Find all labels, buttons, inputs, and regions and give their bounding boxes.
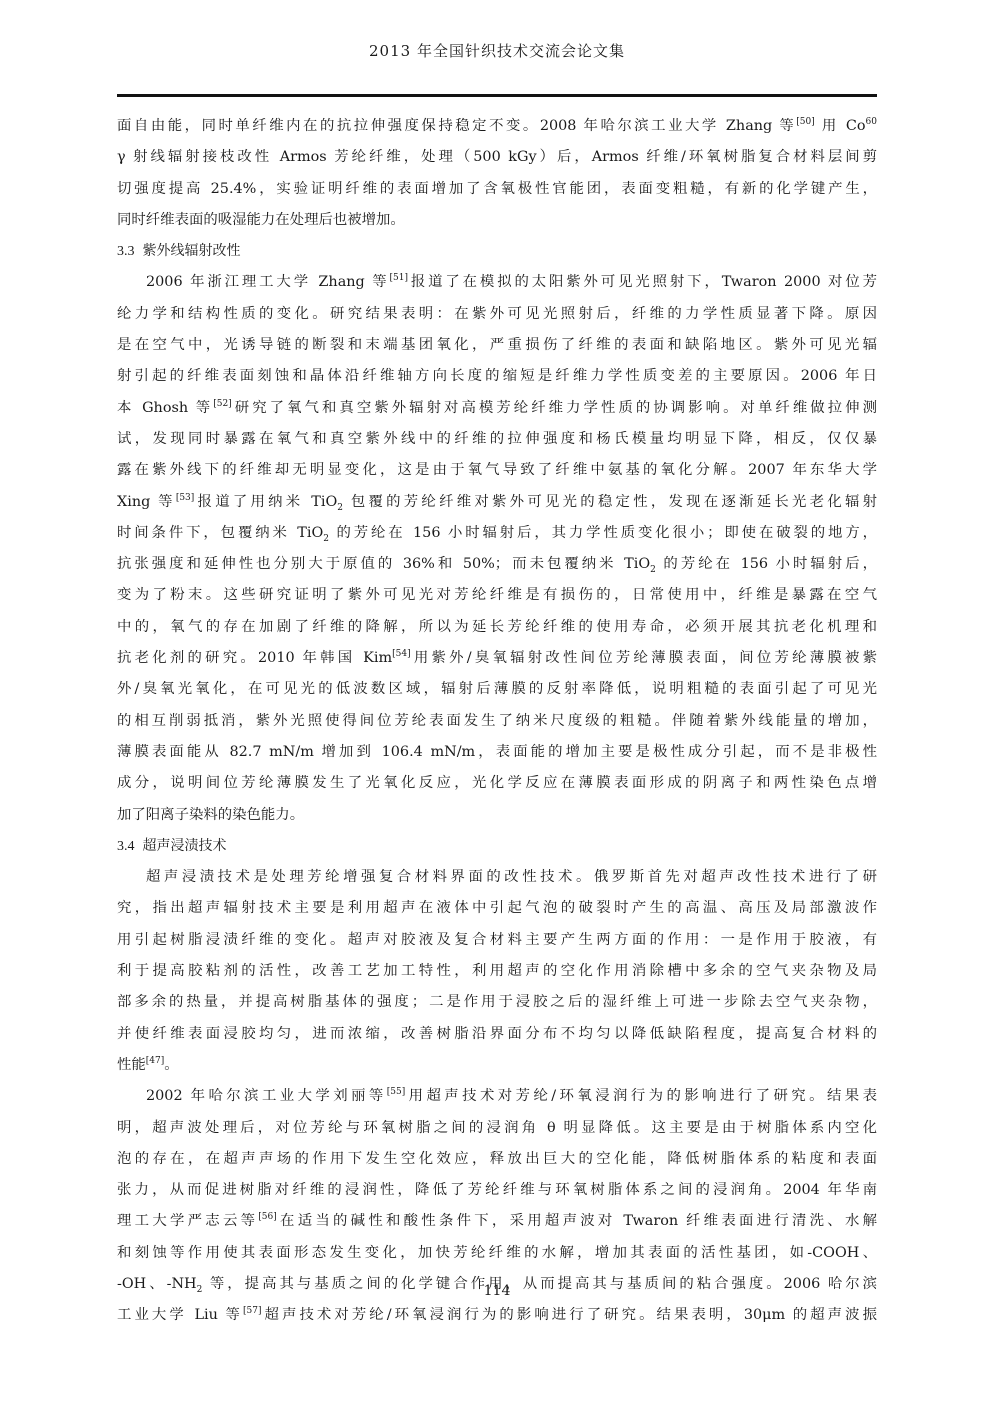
text-line: 抗张强度和延伸性也分别大于原值的 36%和 50%；而未包覆纳米 TiO2 的芳…: [117, 549, 877, 580]
paragraph-continuation: 面自由能，同时单纤维内在的抗拉伸强度保持稳定不变。2008 年哈尔滨工业大学 Z…: [117, 111, 877, 236]
body-text: 面自由能，同时单纤维内在的抗拉伸强度保持稳定不变。2008 年哈尔滨工业大学 Z…: [117, 111, 877, 1332]
text-line: 性能[47]。: [117, 1050, 877, 1081]
paragraph-ultrasonic-intro: 超声浸渍技术是处理芳纶增强复合材料界面的改性技术。俄罗斯首先对超声改性技术进行了…: [117, 862, 877, 1081]
text-line: 明，超声波处理后，对位芳纶与环氧树脂之间的浸润角 θ 明显降低。这主要是由于树脂…: [117, 1113, 877, 1144]
text-line: 超声浸渍技术是处理芳纶增强复合材料界面的改性技术。俄罗斯首先对超声改性技术进行了…: [117, 862, 877, 893]
text-line: 外/臭氧光氧化，在可见光的低波数区域，辐射后薄膜的反射率降低，说明粗糙的表面引起…: [117, 674, 877, 705]
text-line: 2002 年哈尔滨工业大学刘丽等[55]用超声技术对芳纶/环氧浸润行为的影响进行…: [117, 1081, 877, 1112]
page-number: 114: [117, 1283, 877, 1299]
text-line: γ 射线辐射接枝改性 Armos 芳纶纤维，处理（500 kGy）后，Armos…: [117, 142, 877, 173]
text-line: 和刻蚀等作用使其表面形态发生变化，加快芳纶纤维的水解，增加其表面的活性基团，如-…: [117, 1238, 877, 1269]
text-line: 成分，说明间位芳纶薄膜发生了光氧化反应，光化学反应在薄膜表面形成的阴离子和两性染…: [117, 768, 877, 799]
text-line: 并使纤维表面浸胶均匀，进而浓缩，改善树脂沿界面分布不均匀以降低缺陷程度，提高复合…: [117, 1019, 877, 1050]
text-line: 的相互削弱抵消，紫外光照使得间位芳纶表面发生了纳米尺度级的粗糙。伴随着紫外线能量…: [117, 706, 877, 737]
text-line: 工业大学 Liu 等[57]超声技术对芳纶/环氧浸润行为的影响进行了研究。结果表…: [117, 1300, 877, 1331]
text-line: 利于提高胶粘剂的活性，改善工艺加工特性，利用超声的空化作用消除槽中多余的空气夹杂…: [117, 956, 877, 987]
section-heading-3-4: 3.4超声浸渍技术: [117, 831, 877, 862]
text-line: 中的，氧气的存在加剧了纤维的降解，所以为延长芳纶纤维的使用寿命，必须开展其抗老化…: [117, 612, 877, 643]
text-line: 同时纤维表面的吸湿能力在处理后也被增加。: [117, 205, 877, 236]
text-line: 薄膜表面能从 82.7 mN/m 增加到 106.4 mN/m，表面能的增加主要…: [117, 737, 877, 768]
text-line: 加了阳离子染料的染色能力。: [117, 800, 877, 831]
text-line: 射引起的纤维表面刻蚀和晶体沿纤维轴方向长度的缩短是纤维力学性质变差的主要原因。2…: [117, 361, 877, 392]
text-line: 部多余的热量，并提高树脂基体的强度；二是作用于浸胶之后的湿纤维上可进一步除去空气…: [117, 987, 877, 1018]
text-line: 用引起树脂浸渍纤维的变化。超声对胶液及复合材料主要产生两方面的作用：一是作用于胶…: [117, 925, 877, 956]
text-line: 是在空气中，光诱导链的断裂和末端基团氧化，严重损伤了纤维的表面和缺陷地区。紫外可…: [117, 330, 877, 361]
running-header: 2013 年全国针织技术交流会论文集: [117, 40, 877, 61]
section-title: 超声浸渍技术: [143, 838, 227, 854]
text-line: 本 Ghosh 等[52]研究了氧气和真空紫外辐射对高模芳纶纤维力学性质的协调影…: [117, 393, 877, 424]
section-heading-3-3: 3.3紫外线辐射改性: [117, 236, 877, 267]
text-line: 露在紫外线下的纤维却无明显变化，这是由于氧气导致了纤维中氨基的氧化分解。2007…: [117, 455, 877, 486]
text-line: 究，指出超声辐射技术主要是利用超声在液体中引起气泡的破裂时产生的高温、高压及局部…: [117, 893, 877, 924]
text-line: 试，发现同时暴露在氧气和真空紫外线中的纤维的拉伸强度和杨氏模量均明显下降，相反，…: [117, 424, 877, 455]
section-title: 紫外线辐射改性: [143, 243, 241, 259]
text-line: 抗老化剂的研究。2010 年韩国 Kim[54]用紫外/臭氧辐射改性间位芳纶薄膜…: [117, 643, 877, 674]
text-line: 张力，从而促进树脂对纤维的浸润性，降低了芳纶纤维与环氧树脂体系之间的浸润角。20…: [117, 1175, 877, 1206]
text-line: 面自由能，同时单纤维内在的抗拉伸强度保持稳定不变。2008 年哈尔滨工业大学 Z…: [117, 111, 877, 142]
text-line: Xing 等[53]报道了用纳米 TiO2 包覆的芳纶纤维对紫外可见光的稳定性，…: [117, 487, 877, 518]
text-line: 2006 年浙江理工大学 Zhang 等[51]报道了在模拟的太阳紫外可见光照射…: [117, 267, 877, 298]
text-line: 纶力学和结构性质的变化。研究结果表明：在紫外可见光照射后，纤维的力学性质显著下降…: [117, 299, 877, 330]
section-number: 3.4: [117, 839, 135, 854]
text-line: 时间条件下，包覆纳米 TiO2 的芳纶在 156 小时辐射后，其力学性质变化很小…: [117, 518, 877, 549]
paragraph-uv: 2006 年浙江理工大学 Zhang 等[51]报道了在模拟的太阳紫外可见光照射…: [117, 267, 877, 830]
document-page: 2013 年全国针织技术交流会论文集 面自由能，同时单纤维内在的抗拉伸强度保持稳…: [0, 0, 992, 1403]
text-line: 泡的存在，在超声声场的作用下发生空化效应，释放出巨大的空化能，降低树脂体系的粘度…: [117, 1144, 877, 1175]
text-line: 变为了粉末。这些研究证明了紫外可见光对芳纶纤维是有损伤的，日常使用中，纤维是暴露…: [117, 580, 877, 611]
header-rule: [117, 94, 877, 97]
section-number: 3.3: [117, 244, 135, 259]
text-line: 切强度提高 25.4%，实验证明纤维的表面增加了含氧极性官能团，表面变粗糙，有新…: [117, 174, 877, 205]
text-line: 理工大学严志云等[56]在适当的碱性和酸性条件下，采用超声波对 Twaron 纤…: [117, 1206, 877, 1237]
